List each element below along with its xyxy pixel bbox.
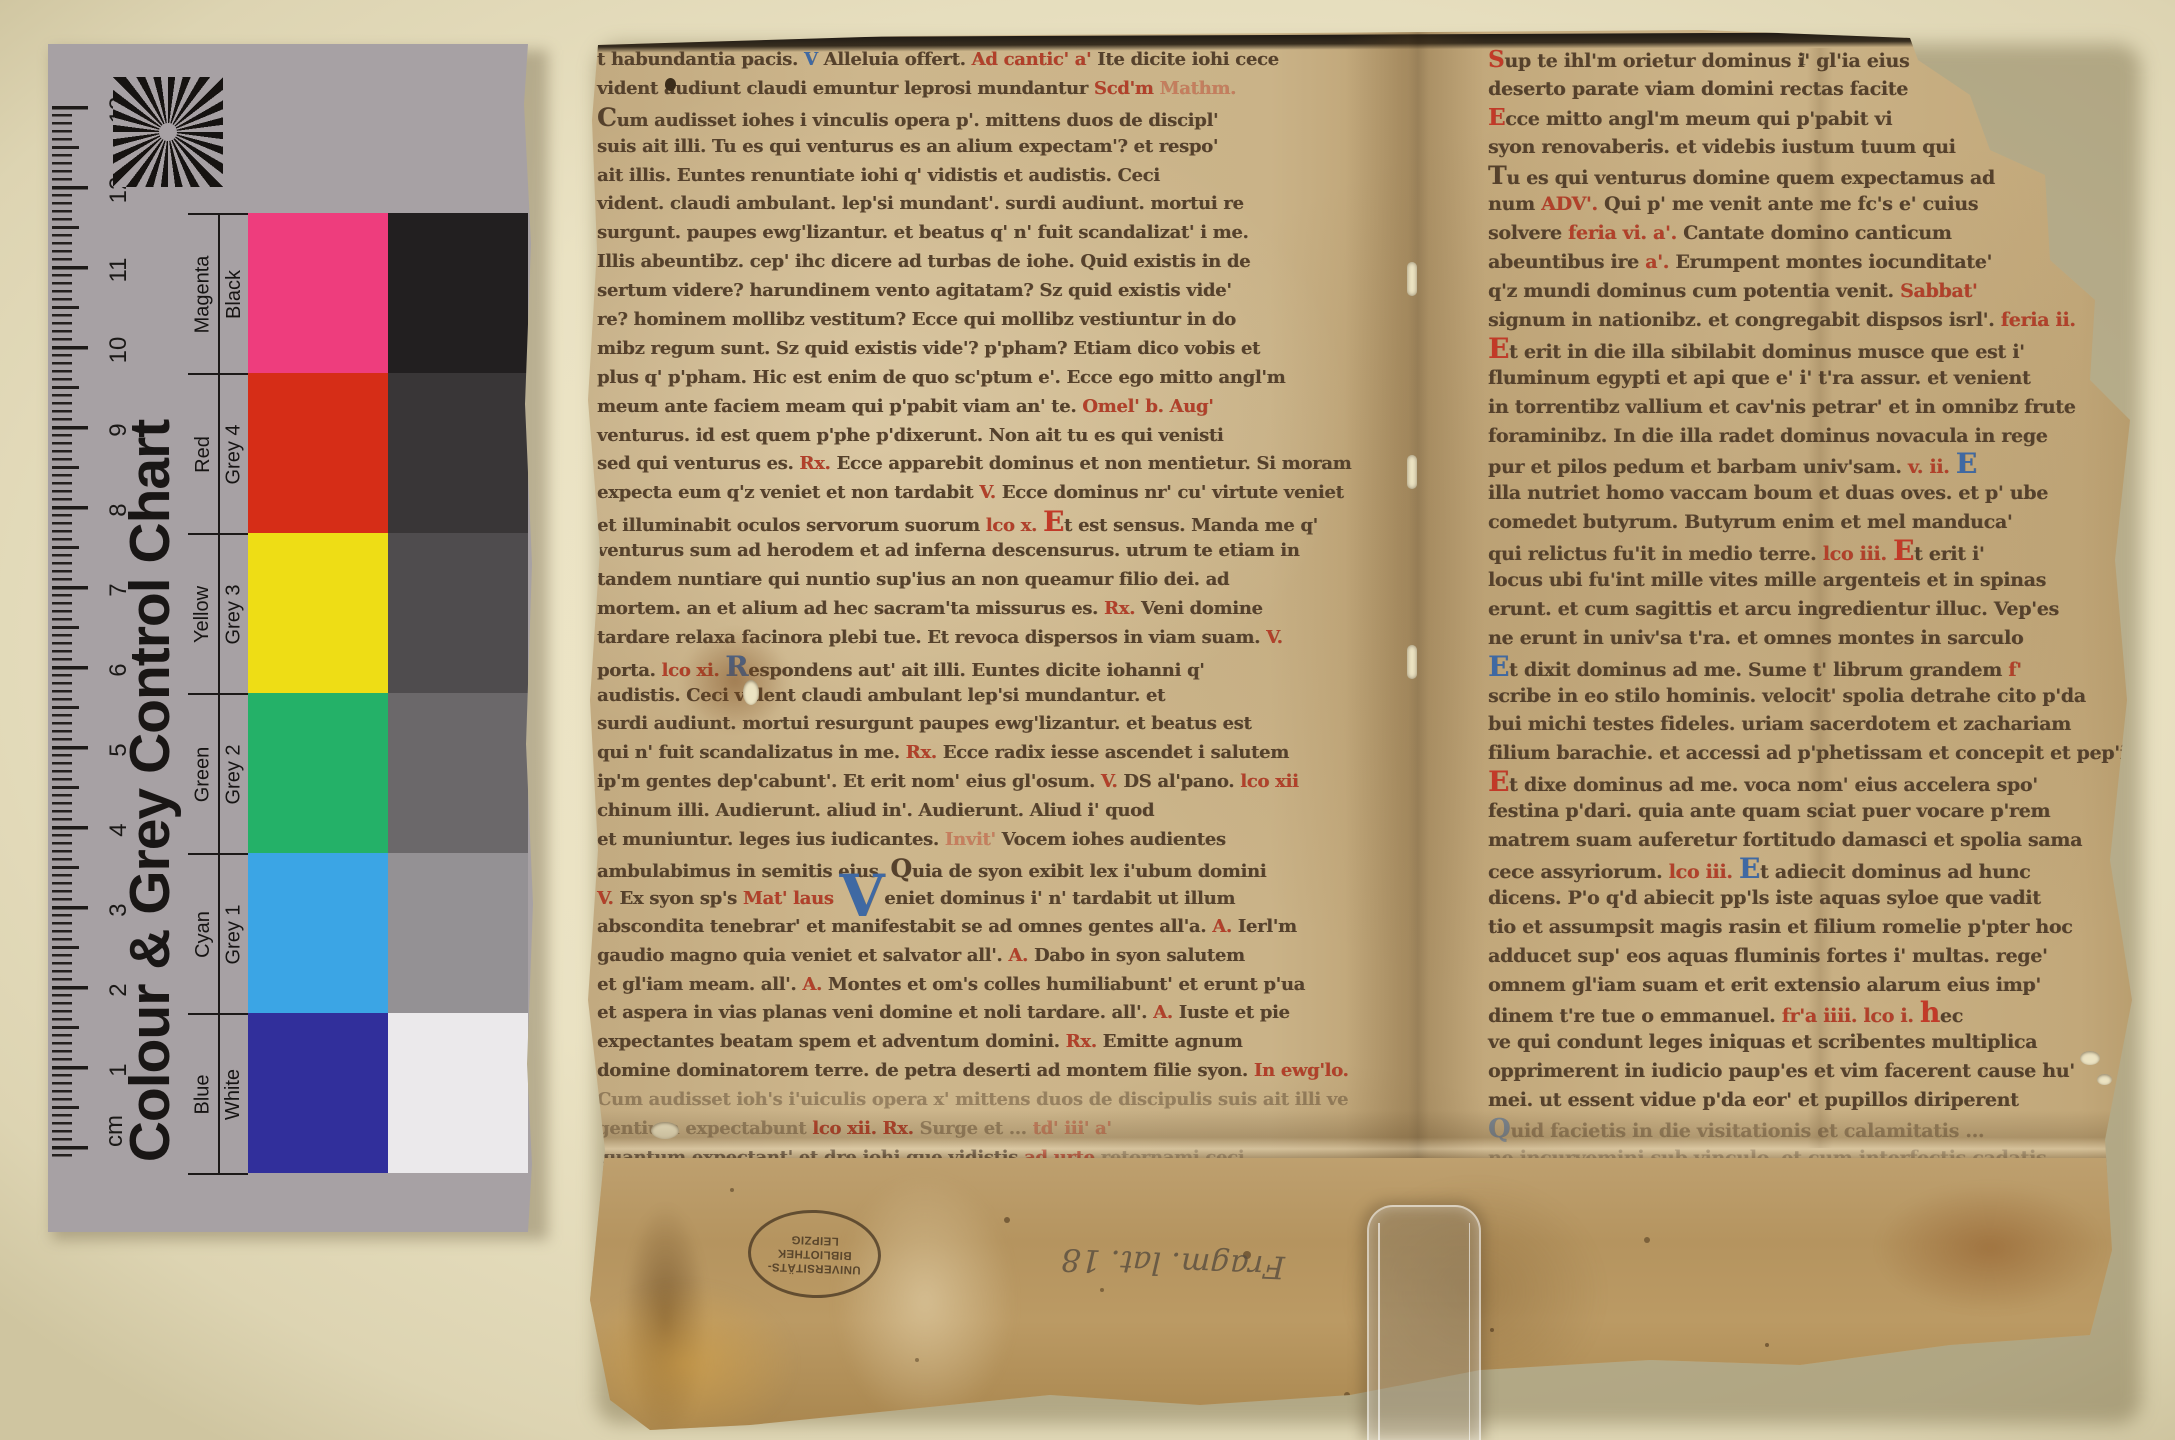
text-line: suis ait illi. Tu es qui venturus es an … bbox=[597, 133, 1309, 162]
text-line: meum ante faciem meam qui p'pabit viam a… bbox=[597, 393, 1309, 422]
text-line: vident audiunt claudi emuntur leprosi mu… bbox=[597, 75, 1309, 104]
patch-label: White bbox=[218, 1015, 248, 1175]
patch-label: Blue bbox=[188, 1015, 218, 1175]
text-line: gaudio magno quia veniet et salvator all… bbox=[597, 942, 1309, 971]
starburst-icon bbox=[113, 77, 223, 187]
text-line: ne erunt in univ'sa t'ra. et omnes monte… bbox=[1488, 624, 2140, 653]
photo-scene: 13121110987654321 cm Colour & Grey Contr… bbox=[0, 0, 2175, 1440]
text-line: abscondita tenebrar' et manifestabit se … bbox=[597, 913, 1309, 942]
text-line: V. Ex syon sp's Mat' laus Veniet dominus… bbox=[597, 884, 1309, 913]
colour-grey-control-chart: 13121110987654321 cm Colour & Grey Contr… bbox=[48, 44, 538, 1232]
ruler-ticks-cm bbox=[52, 106, 88, 1162]
text-line: et gl'iam meam. all'. A. Montes et om's … bbox=[597, 971, 1309, 1000]
color-patch bbox=[248, 213, 388, 373]
text-line: Et erit in die illa sibilabit dominus mu… bbox=[1488, 335, 2140, 364]
text-line: tandem nuntiare qui nuntio sup'ius an no… bbox=[597, 566, 1309, 595]
color-patch bbox=[248, 1013, 388, 1173]
center-fold-gutter bbox=[1345, 28, 1485, 1168]
text-line: et illuminabit oculos servorum suorum lc… bbox=[597, 508, 1309, 537]
color-patch bbox=[388, 853, 528, 1013]
text-line: expectantes beatam spem et adventum domi… bbox=[597, 1028, 1309, 1057]
text-line: venturus sum ad herodem et ad inferna de… bbox=[597, 537, 1309, 566]
patch-label: Grey 3 bbox=[218, 535, 248, 695]
text-line: dicens. P'o q'd abiecit pp'ls iste aquas… bbox=[1488, 884, 2140, 913]
text-line: expecta eum q'z veniet et non tardabit V… bbox=[597, 479, 1309, 508]
patch-label: Magenta bbox=[188, 215, 218, 375]
text-line: foraminibz. In die illa radet dominus no… bbox=[1488, 422, 2140, 451]
text-line: ambulabimus in semitis eius. Quia de syo… bbox=[597, 855, 1309, 884]
stamp-line: BIBLIOTHEK bbox=[777, 1246, 852, 1263]
patch-label: Grey 2 bbox=[218, 695, 248, 855]
color-patch bbox=[248, 373, 388, 533]
pale-patch bbox=[835, 1173, 1015, 1428]
ink-stain bbox=[680, 628, 790, 733]
patch-swatches bbox=[248, 213, 528, 1173]
text-line: mortem. an et alium ad hec sacram'ta mis… bbox=[597, 595, 1309, 624]
text-line: comedet butyrum. Butyrum enim et mel man… bbox=[1488, 508, 2140, 537]
color-patch bbox=[388, 1013, 528, 1173]
worm-hole bbox=[665, 78, 676, 91]
text-line: locus ubi fu'int mille vites mille argen… bbox=[1488, 566, 2140, 595]
chart-title: Colour & Grey Control Chart bbox=[115, 326, 185, 1256]
color-patch bbox=[248, 693, 388, 853]
patch-label: Green bbox=[188, 695, 218, 855]
text-line: q'z mundi dominus cum potentia venit. Sa… bbox=[1488, 277, 2140, 306]
stamp-line: LEIPZIG bbox=[791, 1232, 839, 1248]
color-patch bbox=[388, 373, 528, 533]
text-line: chinum illi. Audierunt. aliud in'. Audie… bbox=[597, 797, 1309, 826]
shelfmark-inscription: Fragm. lat. 18 bbox=[1052, 1224, 1294, 1302]
text-line: ve qui condunt leges iniquas et scribent… bbox=[1488, 1028, 2140, 1057]
sewing-hole bbox=[1407, 262, 1417, 296]
text-line: adducet sup' eos aquas fluminis fortes i… bbox=[1488, 942, 2140, 971]
text-line: erunt. et cum sagittis et arcu ingredien… bbox=[1488, 595, 2140, 624]
text-line: pur et pilos pedum et barbam univ'sam. v… bbox=[1488, 450, 2140, 479]
patch-label: Yellow bbox=[188, 535, 218, 695]
parchment-hole bbox=[2080, 1051, 2100, 1065]
color-patch bbox=[248, 533, 388, 693]
text-line: matrem suam auferetur fortitudo damasci … bbox=[1488, 826, 2140, 855]
text-line: Cum audisset iohes i vinculis opera p'. … bbox=[597, 104, 1309, 133]
color-patch bbox=[388, 213, 528, 373]
text-line: re? hominem mollibz vestitum? Ecce qui m… bbox=[597, 306, 1309, 335]
text-column-right: Sup te ihl'm orietur dominus i' gl'ia ei… bbox=[1488, 46, 2140, 1173]
text-line: mibz regum sunt. Sz quid existis vide'? … bbox=[597, 335, 1309, 364]
text-line: omnem gl'iam suam et erit extensio alaru… bbox=[1488, 971, 2140, 1000]
color-patch bbox=[388, 533, 528, 693]
patch-label: Grey 1 bbox=[218, 855, 248, 1015]
text-line: illa nutriet homo vaccam boum et duas ov… bbox=[1488, 479, 2140, 508]
text-line: filium barachie. et accessi ad p'phetiss… bbox=[1488, 739, 2140, 768]
text-line: surgunt. paupes ewg'lizantur. et beatus … bbox=[597, 219, 1309, 248]
text-line: et aspera in vias planas veni domine et … bbox=[597, 999, 1309, 1028]
text-line: t habundantia pacis. V Alleluia offert. … bbox=[597, 46, 1309, 75]
patch-label: Grey 4 bbox=[218, 375, 248, 535]
text-line: signum in nationibz. et congregabit disp… bbox=[1488, 306, 2140, 335]
text-line: Et dixit dominus ad me. Sume t' librum g… bbox=[1488, 653, 2140, 682]
text-line: plus q' p'pham. Hic est enim de quo sc'p… bbox=[597, 364, 1309, 393]
text-line: ip'm gentes dep'cabunt'. Et erit nom' ei… bbox=[597, 768, 1309, 797]
text-line: bui michi testes fideles. uriam sacerdot… bbox=[1488, 710, 2140, 739]
text-line: Et dixe dominus ad me. voca nom' eius ac… bbox=[1488, 768, 2140, 797]
parchment-hole bbox=[2097, 1074, 2112, 1085]
text-line: qui relictus fu'it in medio terre. lco i… bbox=[1488, 537, 2140, 566]
text-line: festina p'dari. quia ante quam sciat pue… bbox=[1488, 797, 2140, 826]
parchment-hole bbox=[743, 680, 759, 705]
patch-label: Cyan bbox=[188, 855, 218, 1015]
text-line: ait illis. Euntes renuntiate iohi q' vid… bbox=[597, 162, 1309, 191]
text-line: venturus. id est quem p'phe p'dixerunt. … bbox=[597, 422, 1309, 451]
acrylic-clamp bbox=[1367, 1205, 1481, 1440]
text-line: vident. claudi ambulant. lep'si mundant'… bbox=[597, 190, 1309, 219]
text-line: abeuntibus ire a'. Erumpent montes iocun… bbox=[1488, 248, 2140, 277]
dirt-speckles bbox=[585, 1158, 589, 1162]
color-patch bbox=[248, 853, 388, 1013]
text-line: cece assyriorum. lco iii. Et adiecit dom… bbox=[1488, 855, 2140, 884]
text-line: Illis abeuntibz. cep' ihc dicere ad turb… bbox=[597, 248, 1309, 277]
text-line: domine dominatorem terre. de petra deser… bbox=[597, 1057, 1309, 1086]
text-line: scribe in eo stilo hominis. velocit' spo… bbox=[1488, 682, 2140, 711]
text-line: dinem t're tue o emmanuel. fr'a iiii. lc… bbox=[1488, 999, 2140, 1028]
patch-label: Black bbox=[218, 215, 248, 375]
text-line: tio et assumpsit magis rasin et filium r… bbox=[1488, 913, 2140, 942]
patch-labels: MagentaBlackRedGrey 4YellowGrey 3GreenGr… bbox=[188, 213, 248, 1175]
ruler-number: 11 bbox=[105, 255, 133, 285]
folio-mark: 1 bbox=[1797, 50, 1809, 70]
sewing-hole bbox=[1407, 645, 1417, 679]
text-column-left: t habundantia pacis. V Alleluia offert. … bbox=[597, 46, 1309, 1173]
text-line: num ADV'. Qui p' me venit ante me fc's e… bbox=[1488, 190, 2140, 219]
patch-label: Red bbox=[188, 375, 218, 535]
sewing-hole bbox=[1407, 455, 1417, 489]
text-line: solvere feria vi. a'. Cantate domino can… bbox=[1488, 219, 2140, 248]
text-line: sertum videre? harundinem vento agitatam… bbox=[597, 277, 1309, 306]
text-line: opprimerent in iudicio paup'es et vim fa… bbox=[1488, 1057, 2140, 1086]
rust-stain bbox=[1875, 1183, 2105, 1313]
text-line: in torrentibz vallium et cav'nis petrar'… bbox=[1488, 393, 2140, 422]
text-line: fluminum egypti et api que e' i' t'ra as… bbox=[1488, 364, 2140, 393]
text-line: et muniuntur. leges ius iudicantes. Invi… bbox=[597, 826, 1309, 855]
text-line: sed qui venturus es. Rx. Ecce apparebit … bbox=[597, 450, 1309, 479]
color-patch bbox=[388, 693, 528, 853]
text-line: qui n' fuit scandalizatus in me. Rx. Ecc… bbox=[597, 739, 1309, 768]
